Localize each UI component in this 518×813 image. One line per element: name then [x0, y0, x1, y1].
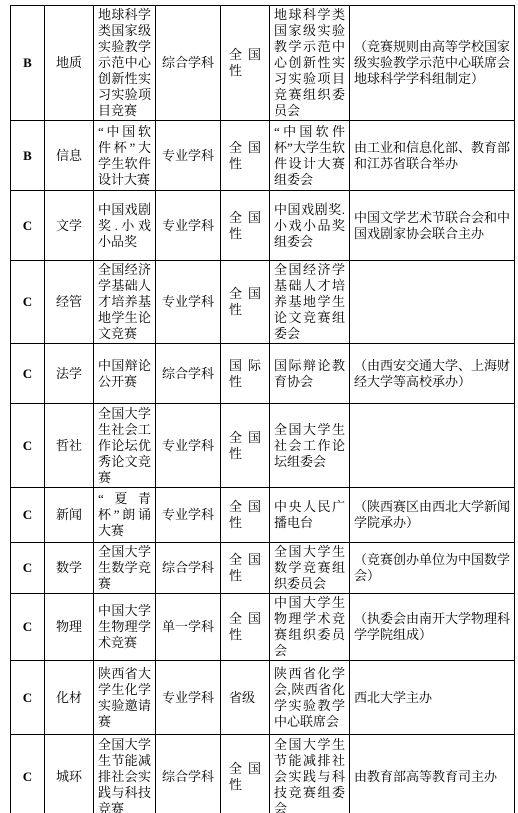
grade-cell: C [11, 191, 45, 261]
table-row: C 经管 全国经济学基础人才培养基地学生论文竞赛 专业学科 全国性 全国经济学基… [11, 261, 515, 344]
table-row: C 数学 全国大学生数学竞赛 综合学科 全国性 全国大学生数学竞赛组织委员会 （… [11, 543, 515, 594]
note-cell: 西北大学主办 [350, 661, 515, 735]
scope-cell: 全国性 [221, 488, 270, 543]
discipline-type-cell: 专业学科 [156, 661, 221, 735]
competition-name-cell: “夏青杯”朗诵大赛 [94, 488, 156, 543]
discipline-type-cell: 单一学科 [156, 594, 221, 661]
grade-cell: B [11, 6, 45, 121]
discipline-type-cell: 综合学科 [156, 543, 221, 594]
scope-cell: 全国性 [221, 543, 270, 594]
grade-cell: C [11, 488, 45, 543]
scope-cell: 全国性 [221, 594, 270, 661]
competition-name-cell: 中国大学生物理学术竞赛 [94, 594, 156, 661]
organizer-cell: “中国软件杯”大学生软件设计大赛组委会 [270, 121, 350, 191]
grade-cell: C [11, 594, 45, 661]
organizer-cell: 地球科学类国家级实验教学示范中心创新性实习实验项目竞赛组织委员会 [270, 6, 350, 121]
note-cell: （执委会由南开大学物理科学学院组成） [350, 594, 515, 661]
scope-cell: 全国性 [221, 261, 270, 344]
category-cell: 城环 [45, 735, 94, 813]
competition-name-cell: 陕西省大学生化学实验邀请赛 [94, 661, 156, 735]
scope-cell: 全国性 [221, 6, 270, 121]
scope-cell: 全国性 [221, 191, 270, 261]
organizer-cell: 全国大学生数学竞赛组织委员会 [270, 543, 350, 594]
note-cell: （竞赛创办单位为中国数学会） [350, 543, 515, 594]
organizer-cell: 全国大学生节能减排社会实践与科技竞赛组委会 [270, 735, 350, 813]
competition-table: B 地质 地球科学类国家级实验教学示范中心创新性实习实验项目竞赛 综合学科 全国… [10, 5, 515, 813]
category-cell: 物理 [45, 594, 94, 661]
competition-name-cell: 全国大学生节能减排社会实践与科技竞赛 [94, 735, 156, 813]
category-cell: 哲社 [45, 404, 94, 488]
scope-cell: 全国性 [221, 404, 270, 488]
grade-cell: C [11, 543, 45, 594]
competition-name-cell: 全国大学生社会工作论坛优秀论文竞赛 [94, 404, 156, 488]
table-row: C 法学 中国辩论公开赛 综合学科 国际性 国际辩论教育协会 （由西安交通大学、… [11, 344, 515, 404]
organizer-cell: 中国戏剧奖.小戏小品奖组委会 [270, 191, 350, 261]
table-row: C 物理 中国大学生物理学术竞赛 单一学科 全国性 中国大学生物理学术竞赛组织委… [11, 594, 515, 661]
category-cell: 化材 [45, 661, 94, 735]
table-row: C 哲社 全国大学生社会工作论坛优秀论文竞赛 专业学科 全国性 全国大学生社会工… [11, 404, 515, 488]
category-cell: 新闻 [45, 488, 94, 543]
table-row: C 化材 陕西省大学生化学实验邀请赛 专业学科 省级 陕西省化学会,陕西省化学实… [11, 661, 515, 735]
category-cell: 经管 [45, 261, 94, 344]
note-cell: 由教育部高等教育司主办 [350, 735, 515, 813]
organizer-cell: 全国大学生社会工作论坛组委会 [270, 404, 350, 488]
competition-name-cell: “中国软件杯”大学生软件设计大赛 [94, 121, 156, 191]
table-row: B 信息 “中国软件杯”大学生软件设计大赛 专业学科 全国性 “中国软件杯”大学… [11, 121, 515, 191]
grade-cell: B [11, 121, 45, 191]
category-cell: 地质 [45, 6, 94, 121]
category-cell: 数学 [45, 543, 94, 594]
note-cell: （陕西赛区由西北大学新闻学院承办） [350, 488, 515, 543]
discipline-type-cell: 综合学科 [156, 6, 221, 121]
competition-name-cell: 全国大学生数学竞赛 [94, 543, 156, 594]
note-cell: （竞赛规则由高等学校国家级实验教学示范中心联席会地球科学学科组制定） [350, 6, 515, 121]
organizer-cell: 国际辩论教育协会 [270, 344, 350, 404]
note-cell [350, 404, 515, 488]
organizer-cell: 全国经济学基础人才培养基地学生论文竞赛组委会 [270, 261, 350, 344]
grade-cell: C [11, 344, 45, 404]
discipline-type-cell: 专业学科 [156, 404, 221, 488]
scope-cell: 全国性 [221, 121, 270, 191]
table-row: C 城环 全国大学生节能减排社会实践与科技竞赛 综合学科 全国性 全国大学生节能… [11, 735, 515, 813]
note-cell: 由工业和信息化部、教育部和江苏省联合举办 [350, 121, 515, 191]
note-cell: （由西安交通大学、上海财经大学等高校承办） [350, 344, 515, 404]
discipline-type-cell: 综合学科 [156, 344, 221, 404]
discipline-type-cell: 专业学科 [156, 191, 221, 261]
organizer-cell: 陕西省化学会,陕西省化学实验教学中心联席会 [270, 661, 350, 735]
note-cell [350, 261, 515, 344]
organizer-cell: 中央人民广播电台 [270, 488, 350, 543]
note-cell: 中国文学艺术节联合会和中国戏剧家协会联合主办 [350, 191, 515, 261]
competition-name-cell: 中国戏剧奖.小戏小品奖 [94, 191, 156, 261]
discipline-type-cell: 综合学科 [156, 735, 221, 813]
grade-cell: C [11, 735, 45, 813]
table-row: B 地质 地球科学类国家级实验教学示范中心创新性实习实验项目竞赛 综合学科 全国… [11, 6, 515, 121]
competition-name-cell: 中国辩论公开赛 [94, 344, 156, 404]
scope-cell: 国际性 [221, 344, 270, 404]
organizer-cell: 中国大学生物理学术竞赛组织委员会 [270, 594, 350, 661]
document-page: B 地质 地球科学类国家级实验教学示范中心创新性实习实验项目竞赛 综合学科 全国… [0, 0, 518, 813]
grade-cell: C [11, 404, 45, 488]
table-row: C 文学 中国戏剧奖.小戏小品奖 专业学科 全国性 中国戏剧奖.小戏小品奖组委会… [11, 191, 515, 261]
discipline-type-cell: 专业学科 [156, 488, 221, 543]
category-cell: 法学 [45, 344, 94, 404]
discipline-type-cell: 专业学科 [156, 261, 221, 344]
table-row: C 新闻 “夏青杯”朗诵大赛 专业学科 全国性 中央人民广播电台 （陕西赛区由西… [11, 488, 515, 543]
discipline-type-cell: 专业学科 [156, 121, 221, 191]
grade-cell: C [11, 261, 45, 344]
scope-cell: 全国性 [221, 735, 270, 813]
competition-name-cell: 地球科学类国家级实验教学示范中心创新性实习实验项目竞赛 [94, 6, 156, 121]
scope-cell: 省级 [221, 661, 270, 735]
grade-cell: C [11, 661, 45, 735]
category-cell: 文学 [45, 191, 94, 261]
competition-name-cell: 全国经济学基础人才培养基地学生论文竞赛 [94, 261, 156, 344]
category-cell: 信息 [45, 121, 94, 191]
